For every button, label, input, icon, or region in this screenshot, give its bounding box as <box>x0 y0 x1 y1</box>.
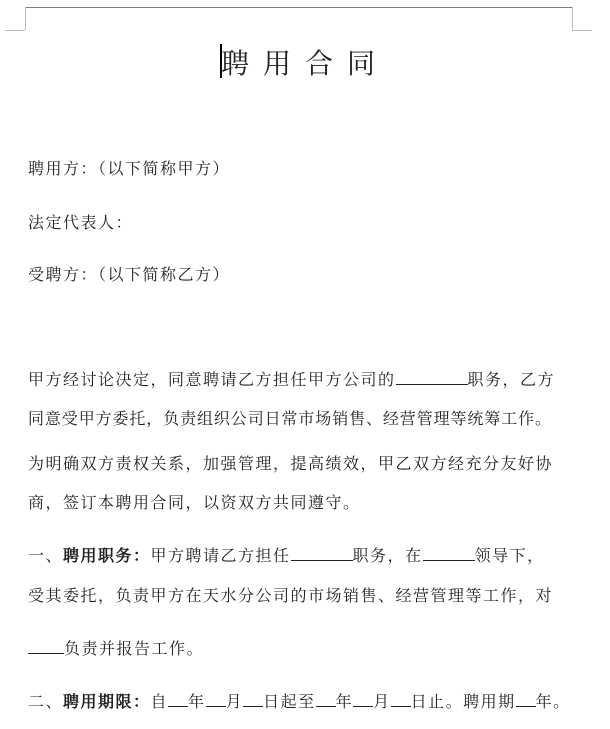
text-from: 自 <box>151 692 169 711</box>
section2-number: 二、 <box>28 692 63 711</box>
corner-mark-right-v <box>572 7 573 30</box>
section2-line-1[interactable]: 二、聘用期限：自年月日起至年月日止。聘用期年。 <box>28 689 571 712</box>
document-title[interactable]: 聘用合同 <box>0 42 610 82</box>
section1-text-a: 甲方聘请乙方担任 <box>151 546 291 565</box>
section1-heading: 聘用职务： <box>63 546 151 565</box>
text-month: 月 <box>373 692 391 711</box>
text-years: 年。 <box>536 692 571 711</box>
party-employer[interactable]: 聘用方：（以下简称甲方） <box>28 156 230 179</box>
intro-line-1[interactable]: 甲方经讨论决定，同意聘请乙方担任甲方公司的职务，乙方 <box>28 367 555 390</box>
blank-start-year[interactable] <box>168 692 188 707</box>
party-legal-rep[interactable]: 法定代表人： <box>28 210 133 233</box>
header-separator <box>25 7 572 8</box>
intro-line-4[interactable]: 商，签订本聘用合同，以资双方共同遵守。 <box>28 490 361 513</box>
section1-line-2[interactable]: 受其委托，负责甲方在天水分公司的市场销售、经营管理等工作，对 <box>28 583 553 606</box>
party-employee[interactable]: 受聘方：（以下简称乙方） <box>28 262 230 285</box>
blank-end-month[interactable] <box>353 692 373 707</box>
intro-line-2[interactable]: 同意受甲方委托，负责组织公司日常市场销售、经营管理等统筹工作。 <box>28 406 552 429</box>
blank-position[interactable] <box>396 370 468 385</box>
corner-mark-left-h <box>5 30 25 31</box>
blank-report-to[interactable] <box>28 639 64 654</box>
blank-start-month[interactable] <box>206 692 226 707</box>
text-end-term: 日止。聘用期 <box>411 692 516 711</box>
text-month: 月 <box>226 692 244 711</box>
section1-number: 一、 <box>28 546 63 565</box>
corner-mark-left-v <box>25 7 26 30</box>
blank-end-year[interactable] <box>316 692 336 707</box>
section1-text-3: 负责并报告工作。 <box>64 639 204 658</box>
intro-line-3[interactable]: 为明确双方责权关系，加强管理，提高绩效，甲乙双方经充分友好协 <box>28 451 553 474</box>
text-year: 年 <box>188 692 206 711</box>
corner-mark-right-h <box>572 30 592 31</box>
section1-text-c: 领导下， <box>475 546 545 565</box>
section1-line-1[interactable]: 一、聘用职务：甲方聘请乙方担任职务，在领导下， <box>28 543 545 566</box>
blank-supervisor[interactable] <box>423 546 475 561</box>
blank-end-day[interactable] <box>391 692 411 707</box>
text-year: 年 <box>336 692 354 711</box>
blank-term-years[interactable] <box>516 692 536 707</box>
text-to: 日起至 <box>263 692 316 711</box>
intro-text-1b: 职务，乙方 <box>468 370 556 389</box>
section1-text-b: 职务，在 <box>353 546 423 565</box>
section2-heading: 聘用期限： <box>63 692 151 711</box>
blank-start-day[interactable] <box>243 692 263 707</box>
intro-text-1a: 甲方经讨论决定，同意聘请乙方担任甲方公司的 <box>28 370 396 389</box>
section1-line-3[interactable]: 负责并报告工作。 <box>28 636 204 659</box>
blank-job-title[interactable] <box>291 546 353 561</box>
